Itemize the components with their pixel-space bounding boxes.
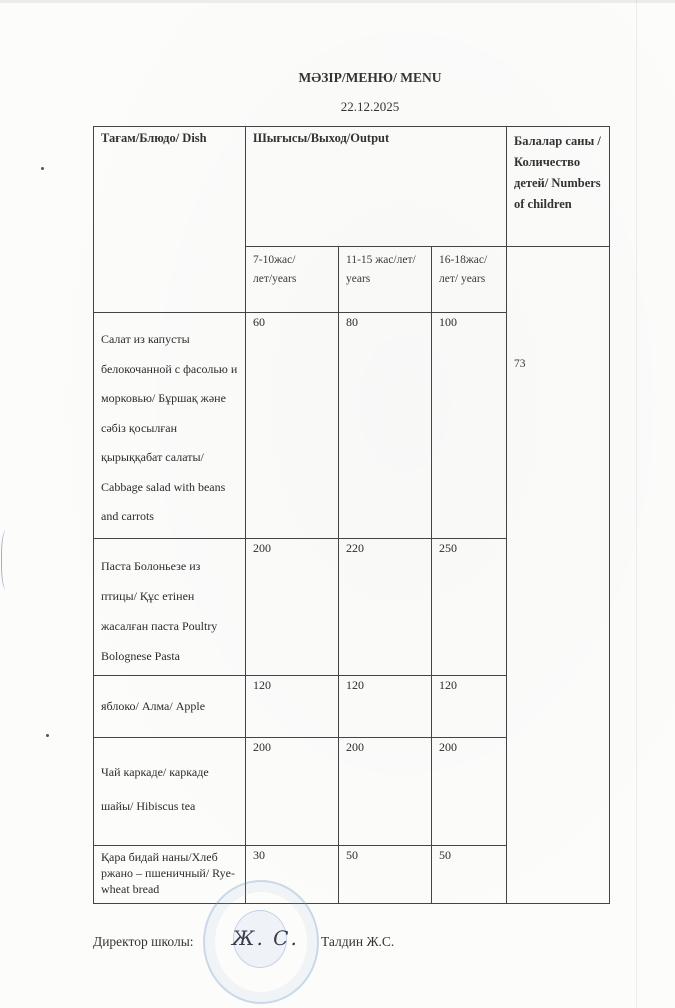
output-11-15: 200 [339, 738, 432, 846]
header-children: Балалар саны /Количество детей/ Numbers … [507, 127, 610, 247]
output-11-15: 50 [339, 846, 432, 904]
output-11-15: 220 [339, 539, 432, 676]
director-name: Талдин Ж.С. [321, 934, 394, 950]
output-16-18: 120 [432, 676, 507, 738]
page-edge [0, 0, 675, 3]
output-16-18: 100 [432, 313, 507, 539]
children-count-value: 73 [514, 358, 526, 370]
header-dish: Тағам/Блюдо/ Dish [94, 127, 246, 313]
dish-name: яблоко/ Алма/ Apple [94, 676, 246, 738]
age-group-11-15: 11-15 жас/лет/ years [339, 247, 432, 313]
output-16-18: 250 [432, 539, 507, 676]
age-group-16-18: 16-18жас/лет/ years [432, 247, 507, 313]
children-count: 73 [507, 247, 610, 904]
director-label: Директор школы: [93, 934, 194, 950]
output-7-10: 60 [246, 313, 339, 539]
page-fold-line [636, 0, 637, 1008]
document-title: МӘЗІР/МЕНЮ/ MENU [0, 70, 675, 86]
pen-mark [1, 530, 14, 590]
signature: Ж. С. [232, 926, 299, 950]
document-date: 22.12.2025 [0, 99, 675, 115]
output-16-18: 200 [432, 738, 507, 846]
dish-name: Паста Болоньезе из птицы/ Құс етінен жас… [94, 539, 246, 676]
output-7-10: 200 [246, 738, 339, 846]
age-group-7-10: 7-10жас/лет/years [246, 247, 339, 313]
header-row: Тағам/Блюдо/ Dish Шығысы/Выход/Output Ба… [94, 127, 610, 247]
header-output: Шығысы/Выход/Output [246, 127, 507, 247]
output-16-18: 50 [432, 846, 507, 904]
speck [41, 167, 44, 170]
output-11-15: 120 [339, 676, 432, 738]
speck [46, 734, 49, 737]
menu-table: Тағам/Блюдо/ Dish Шығысы/Выход/Output Ба… [93, 126, 610, 904]
scanned-page: МӘЗІР/МЕНЮ/ MENU 22.12.2025 Тағам/Блюдо/… [0, 0, 675, 1008]
output-7-10: 120 [246, 676, 339, 738]
output-7-10: 200 [246, 539, 339, 676]
output-11-15: 80 [339, 313, 432, 539]
dish-name: Чай каркаде/ каркаде шайы/ Hibiscus tea [94, 738, 246, 846]
dish-name: Салат из капусты белокочанной с фасолью … [94, 313, 246, 539]
